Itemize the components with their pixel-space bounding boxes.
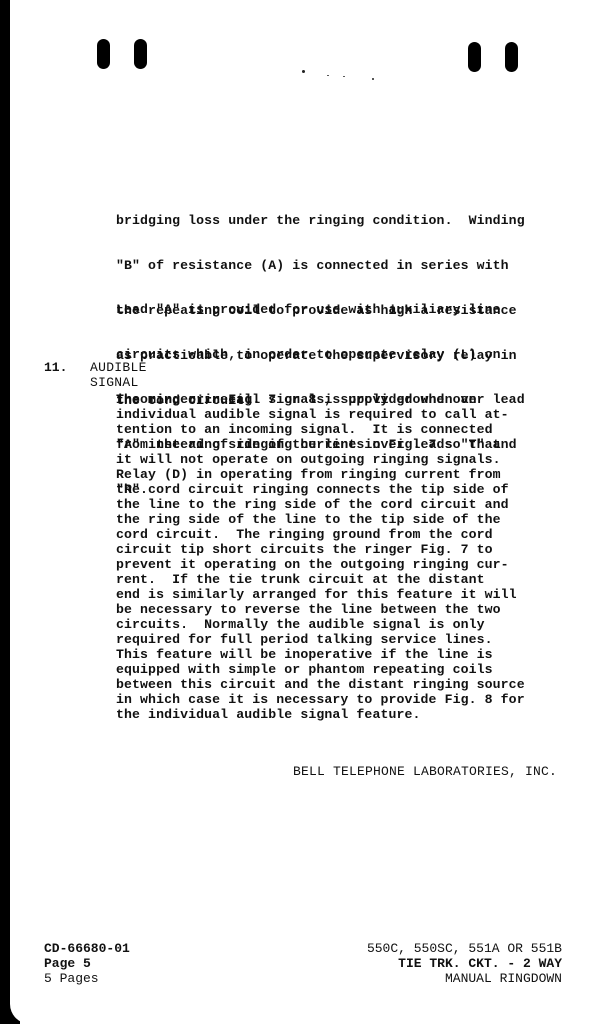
text-line: circuits. Normally the audible signal is… [116, 617, 586, 632]
text-line: prevent it operating on the outgoing rin… [116, 557, 586, 572]
binder-hole-icon [97, 39, 110, 69]
text-line: The ringer in Fig. 7 or 8 is provided wh… [116, 392, 586, 407]
text-line: rent. If the tie trunk circuit at the di… [116, 572, 586, 587]
paragraph-audible-signal: The ringer in Fig. 7 or 8 is provided wh… [116, 392, 586, 722]
total-pages: 5 Pages [44, 971, 130, 986]
scan-speck [372, 78, 374, 80]
scan-speck [327, 75, 329, 76]
footer-right: 550C, 550SC, 551A OR 551B TIE TRK. CKT. … [367, 941, 562, 986]
text-line: Lead "A" is provided for use with auxili… [116, 302, 586, 317]
scan-speck [343, 76, 345, 77]
text-line: it will not operate on outgoing ringing … [116, 452, 586, 467]
model-numbers: 550C, 550SC, 551A OR 551B [367, 941, 562, 956]
binder-hole-icon [134, 39, 147, 69]
text-line: the cord circuit ringing connects the ti… [116, 482, 586, 497]
document-number: CD-66680-01 [44, 941, 130, 956]
text-line: individual audible signal is required to… [116, 407, 586, 422]
text-line: in which case it is necessary to provide… [116, 692, 586, 707]
section-number: 11. [44, 360, 67, 375]
text-line: equipped with simple or phantom repeatin… [116, 662, 586, 677]
text-line: Relay (D) in operating from ringing curr… [116, 467, 586, 482]
text-line: cord circuit. The ringing ground from th… [116, 527, 586, 542]
page-number: Page 5 [44, 956, 130, 971]
text-line: the line to the ring side of the cord ci… [116, 497, 586, 512]
scan-edge-border [0, 0, 10, 1024]
text-line: the ring side of the line to the tip sid… [116, 512, 586, 527]
scan-edge-corner [0, 990, 20, 1024]
circuit-name: TIE TRK. CKT. - 2 WAY [367, 956, 562, 971]
text-line: "B" of resistance (A) is connected in se… [116, 258, 586, 273]
section-title: AUDIBLE SIGNAL [90, 360, 147, 390]
text-line: This feature will be inoperative if the … [116, 647, 586, 662]
text-line: required for full period talking service… [116, 632, 586, 647]
binder-hole-icon [468, 42, 481, 72]
text-line: from the ring side of the line in Fig. 7… [116, 437, 586, 452]
binder-hole-icon [505, 42, 518, 72]
scan-speck [302, 70, 305, 73]
text-line: the individual audible signal feature. [116, 707, 586, 722]
text-line: end is similarly arranged for this featu… [116, 587, 586, 602]
text-line: circuits which, in order to operate rela… [116, 347, 586, 362]
text-line: tention to an incoming signal. It is con… [116, 422, 586, 437]
circuit-type: MANUAL RINGDOWN [367, 971, 562, 986]
text-line: be necessary to reverse the line between… [116, 602, 586, 617]
footer-left: CD-66680-01 Page 5 5 Pages [44, 941, 130, 986]
text-line: between this circuit and the distant rin… [116, 677, 586, 692]
text-line: circuit tip short circuits the ringer Fi… [116, 542, 586, 557]
text-line: bridging loss under the ringing conditio… [116, 213, 586, 228]
company-name: BELL TELEPHONE LABORATORIES, INC. [293, 764, 557, 779]
